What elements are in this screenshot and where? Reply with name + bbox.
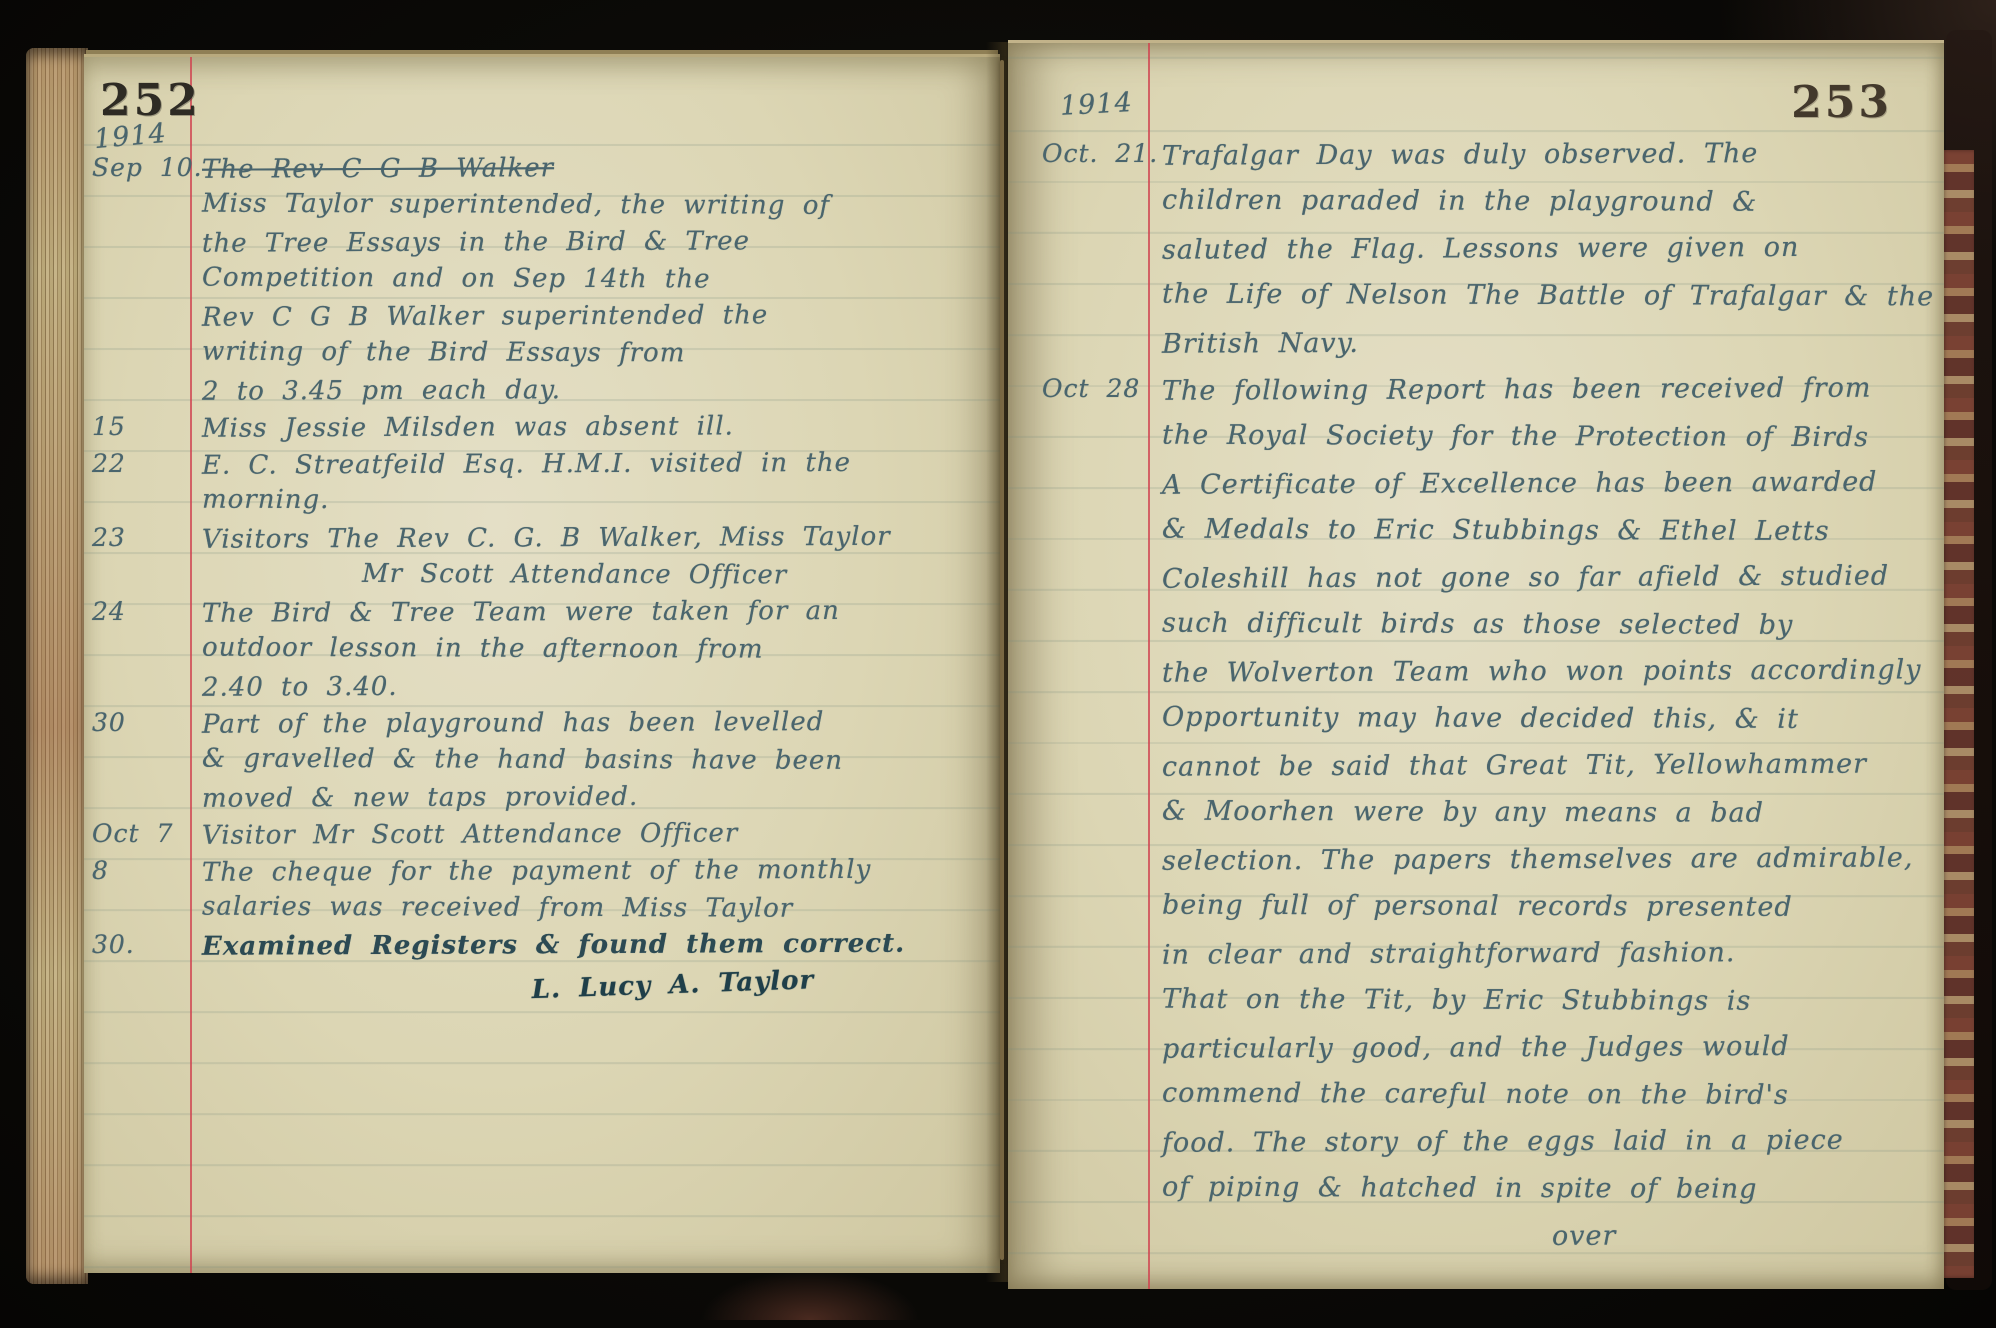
entry-date: 24 (84, 597, 190, 708)
entry-lines: Trafalgar Day was duly observed. Thechil… (1150, 139, 1938, 374)
log-line: over (1552, 1219, 1938, 1268)
entry-date: 8 (84, 856, 190, 930)
log-line: commend the careful note on the bird's (1162, 1078, 1938, 1128)
log-line: children paraded in the playground & (1162, 185, 1938, 235)
log-line: Competition and on Sep 14th the (202, 263, 994, 303)
log-line: E. C. Streatfeild Esq. H.M.I. visited in… (202, 447, 994, 487)
log-line: such difficult birds as those selected b… (1162, 608, 1938, 658)
log-line: cannot be said that Great Tit, Yellowham… (1162, 748, 1938, 798)
entry-lines: Visitor Mr Scott Attendance Officer (190, 819, 994, 856)
log-line: the Wolverton Team who won points accord… (1162, 654, 1938, 704)
log-line: the Life of Nelson The Battle of Trafalg… (1162, 279, 1938, 329)
log-line: the Tree Essays in the Bird & Tree (202, 225, 994, 265)
log-entry: Oct 28The following Report has been rece… (1008, 374, 1938, 1267)
log-line: moved & new taps provided. (202, 780, 994, 820)
log-entry: 15Miss Jessie Milsden was absent ill. (84, 412, 994, 449)
log-line: Mr Scott Attendance Officer (362, 559, 994, 598)
entry-date: 23 (84, 523, 190, 597)
entry-date: 15 (84, 412, 190, 449)
entry-date: Sep 10. (84, 153, 190, 412)
entry-date: Oct. 21. (1008, 139, 1150, 374)
log-entry: 23Visitors The Rev C. G. B Walker, Miss … (84, 523, 994, 597)
book-cover-bottom (700, 1270, 920, 1320)
log-line: 2 to 3.45 pm each day. (202, 373, 994, 413)
log-line: Visitor Mr Scott Attendance Officer (202, 817, 994, 857)
right-page: 253 1914 Oct. 21.Trafalgar Day was duly … (1008, 40, 1944, 1289)
entry-date: Oct 28 (1008, 374, 1150, 1267)
log-line: A Certificate of Excellence has been awa… (1162, 466, 1938, 516)
page-edge-stack-left (26, 48, 88, 1284)
right-page-entries: Oct. 21.Trafalgar Day was duly observed.… (1008, 139, 1938, 1267)
entry-date: Oct 7 (84, 819, 190, 856)
page-edge-stack-right (1942, 150, 1974, 1278)
log-line: being full of personal records presented (1162, 890, 1938, 940)
log-line: 2.40 to 3.40. (202, 669, 994, 709)
entry-date: 30 (84, 708, 190, 819)
log-line: salaries was received from Miss Taylor (202, 892, 994, 932)
log-entry: 30.Examined Registers & found them corre… (84, 930, 994, 1021)
log-line: That on the Tit, by Eric Stubbings is (1162, 984, 1938, 1034)
log-line: Miss Taylor superintended, the writing o… (202, 189, 994, 229)
log-line: & Medals to Eric Stubbings & Ethel Letts (1162, 514, 1938, 564)
log-line: morning. (202, 485, 994, 525)
log-line: Opportunity may have decided this, & it (1162, 702, 1938, 752)
log-entry: Sep 10.The Rev C G B WalkerMiss Taylor s… (84, 153, 994, 412)
entry-lines: The Rev C G B WalkerMiss Taylor superint… (190, 153, 994, 412)
entry-lines: The cheque for the payment of the monthl… (190, 856, 994, 930)
log-line: Coleshill has not gone so far afield & s… (1162, 560, 1938, 610)
log-line: Visitors The Rev C. G. B Walker, Miss Ta… (202, 521, 994, 561)
log-line: The following Report has been received f… (1162, 372, 1938, 422)
log-line: British Navy. (1162, 325, 1938, 375)
entry-date: 22 (84, 449, 190, 523)
left-page-entries: Sep 10.The Rev C G B WalkerMiss Taylor s… (84, 153, 994, 1021)
entry-lines: The Bird & Tree Team were taken for anou… (190, 597, 994, 708)
log-entry: Oct 7Visitor Mr Scott Attendance Officer (84, 819, 994, 856)
log-line: outdoor lesson in the afternoon from (202, 633, 994, 673)
log-line: The Rev C G B Walker (202, 151, 994, 191)
log-line: & Moorhen were by any means a bad (1162, 796, 1938, 846)
binding-stitch (1000, 60, 1004, 1260)
entry-lines: The following Report has been received f… (1150, 374, 1938, 1267)
log-line: Trafalgar Day was duly observed. The (1162, 137, 1938, 187)
log-line: The cheque for the payment of the monthl… (202, 854, 994, 894)
entry-lines: Miss Jessie Milsden was absent ill. (190, 412, 994, 449)
log-entry: 22E. C. Streatfeild Esq. H.M.I. visited … (84, 449, 994, 523)
log-entry: 24The Bird & Tree Team were taken for an… (84, 597, 994, 708)
log-entry: 8The cheque for the payment of the month… (84, 856, 994, 930)
log-line: the Royal Society for the Protection of … (1162, 420, 1938, 470)
entry-date: 30. (84, 930, 190, 1021)
entry-lines: E. C. Streatfeild Esq. H.M.I. visited in… (190, 449, 994, 523)
log-line: selection. The papers themselves are adm… (1162, 842, 1938, 892)
log-line: writing of the Bird Essays from (202, 337, 994, 377)
log-line: Rev C G B Walker superintended the (202, 299, 994, 339)
year-label: 1914 (93, 118, 168, 155)
log-line: in clear and straightforward fashion. (1162, 936, 1938, 986)
log-line: Miss Jessie Milsden was absent ill. (202, 410, 994, 450)
page-number: 253 (1791, 77, 1892, 128)
entry-lines: Visitors The Rev C. G. B Walker, Miss Ta… (190, 523, 994, 597)
log-entry: 30Part of the playground has been levell… (84, 708, 994, 819)
log-line: particularly good, and the Judges would (1162, 1030, 1938, 1080)
entry-lines: Part of the playground has been levelled… (190, 708, 994, 819)
signature: L. Lucy A. Taylor (531, 959, 995, 1029)
logbook-scan: 252 1914 Sep 10.The Rev C G B WalkerMiss… (0, 0, 1996, 1328)
log-entry: Oct. 21.Trafalgar Day was duly observed.… (1008, 139, 1938, 374)
log-line: & gravelled & the hand basins have been (202, 744, 994, 784)
log-line: Part of the playground has been levelled (202, 706, 994, 746)
log-line: of piping & hatched in spite of being (1162, 1172, 1938, 1222)
log-line: saluted the Flag. Lessons were given on (1162, 231, 1938, 281)
entry-lines: Examined Registers & found them correct.… (190, 930, 994, 1021)
log-line: food. The story of the eggs laid in a pi… (1162, 1124, 1938, 1174)
year-label: 1914 (1059, 87, 1133, 122)
log-line: The Bird & Tree Team were taken for an (202, 595, 994, 635)
left-page: 252 1914 Sep 10.The Rev C G B WalkerMiss… (84, 54, 1000, 1273)
